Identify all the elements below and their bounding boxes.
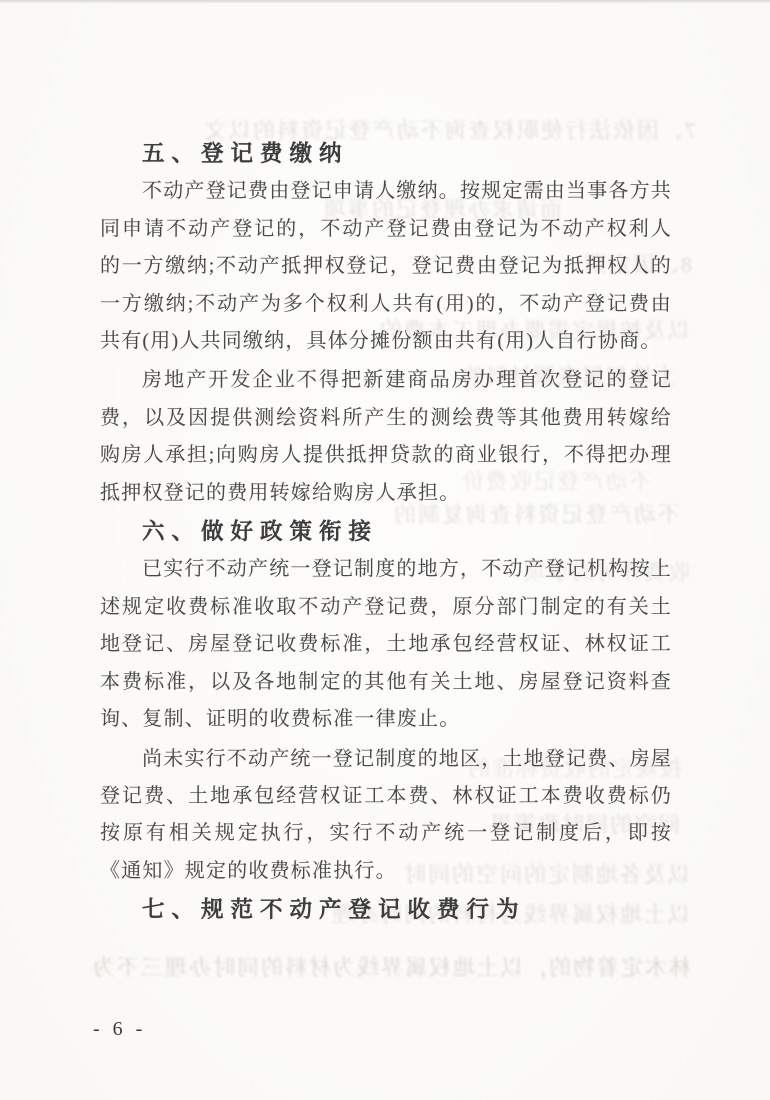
- paragraph-policy-not-implemented: 尚未实行不动产统一登记制度的地区，土地登记费、房屋登记费、土地承包经营权证工本费…: [100, 741, 672, 891]
- section-heading-6: 六、做好政策衔接: [100, 514, 672, 551]
- paragraph-policy-implemented: 已实行不动产统一登记制度的地方，不动产登记机构按上述规定收费标准收取不动产登记费…: [100, 551, 672, 738]
- paragraph-developer-rules: 房地产开发企业不得把新建商品房办理首次登记的登记费，以及因提供测绘资料所产生的测…: [100, 362, 672, 512]
- page-number: - 6 -: [93, 1018, 146, 1041]
- scanned-document-page: 7、因依法行使职权查询不动产登记资料的以文 而请求办理登记的事项 8、因定期 以…: [0, 0, 770, 1100]
- section-heading-7: 七、规范不动产登记收费行为: [100, 892, 672, 929]
- bleed-through-text: 林木定着物的，以土地权属界线为材料的同时办理三不为: [95, 951, 691, 982]
- paragraph-fee-payment: 不动产登记费由登记申请人缴纳。按规定需由当事各方共同申请不动产登记的，不动产登记…: [100, 173, 672, 360]
- scan-edge-artifact: [0, 0, 770, 3]
- section-heading-5: 五、登记费缴纳: [100, 136, 672, 173]
- document-content: 五、登记费缴纳 不动产登记费由登记申请人缴纳。按规定需由当事各方共同申请不动产登…: [100, 134, 672, 930]
